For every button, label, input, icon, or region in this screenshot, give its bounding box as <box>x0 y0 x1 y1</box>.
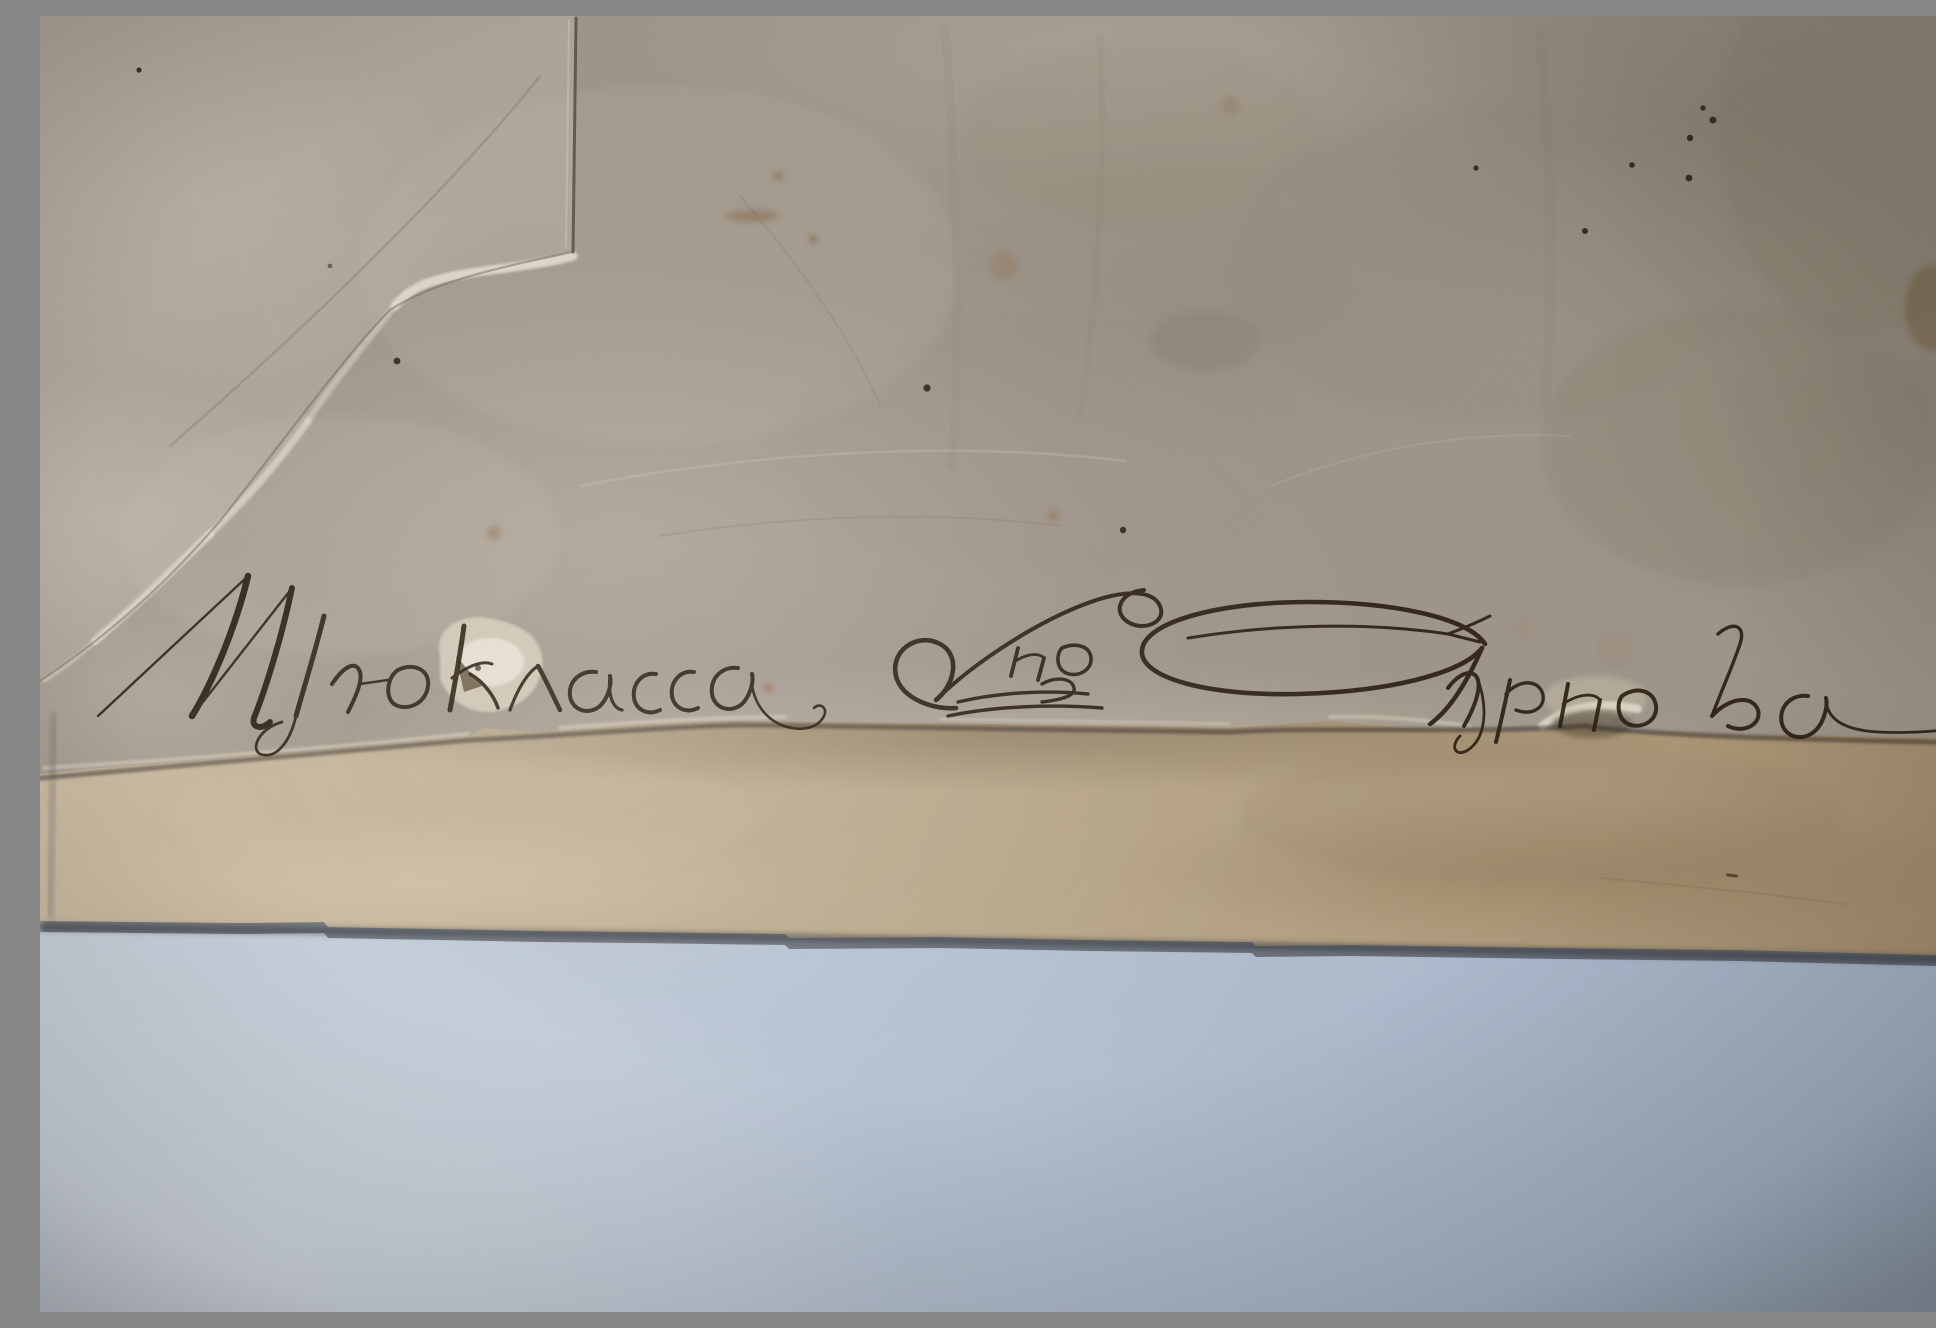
photo-canvas: Handwritten inscription in brown ink cur… <box>40 16 1936 1312</box>
photo-detail-overlay <box>40 16 1936 1312</box>
vignette <box>40 16 1936 1312</box>
